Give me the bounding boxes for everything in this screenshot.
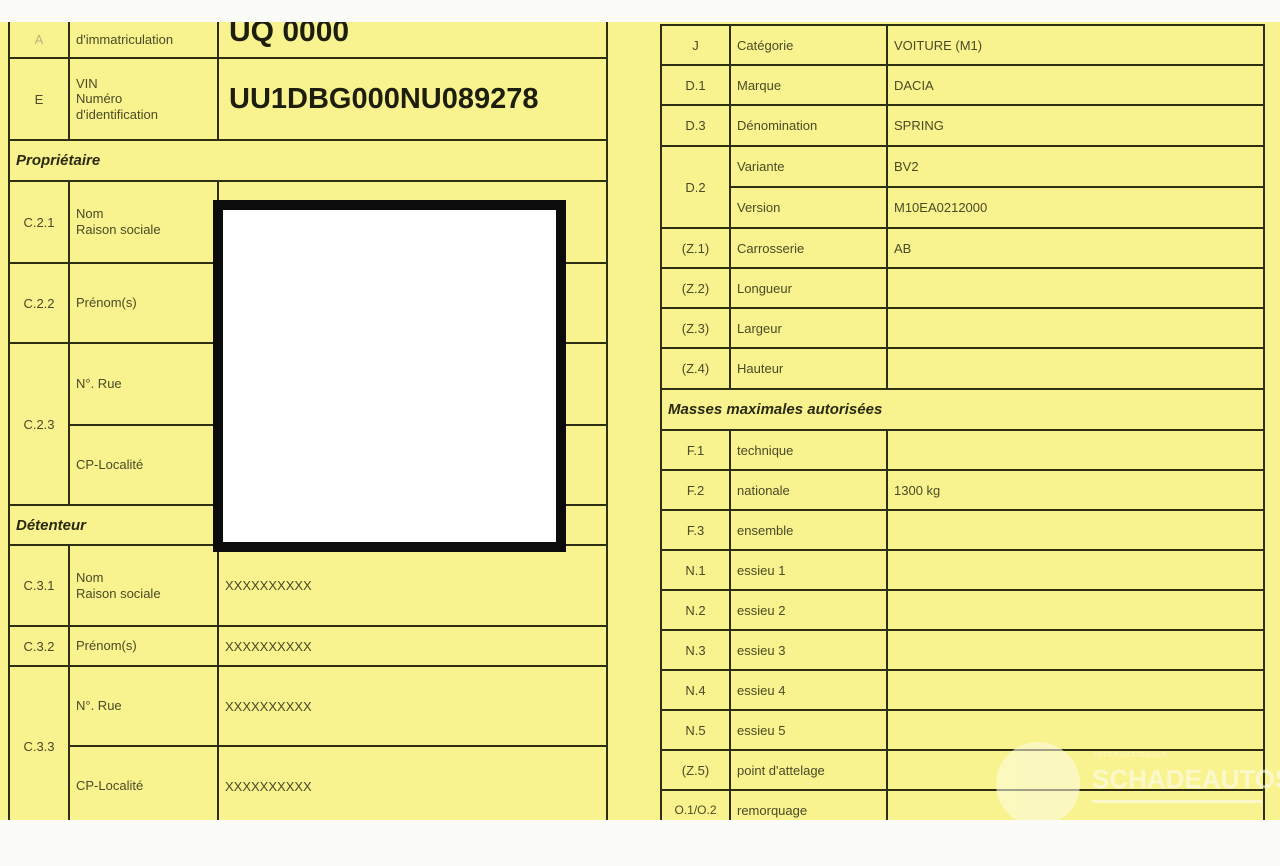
field-code: C.2.1: [9, 181, 69, 263]
field-label: essieu 2: [730, 590, 887, 630]
label-line: Nom: [76, 570, 211, 586]
field-code: D.3: [661, 105, 730, 146]
field-label: essieu 3: [730, 630, 887, 670]
field-value: XXXXXXXXXX: [218, 545, 607, 626]
field-value: [887, 630, 1264, 670]
section-header-masses: Masses maximales autorisées: [661, 389, 1264, 430]
field-label: d'immatriculation: [69, 22, 218, 58]
holder-row-c32: C.3.2 Prénom(s) XXXXXXXXXX: [9, 626, 607, 666]
field-code: J: [661, 25, 730, 65]
mass-row: N.2 essieu 2: [661, 590, 1264, 630]
field-value: DACIA: [887, 65, 1264, 105]
field-label: Nom Raison sociale: [69, 545, 218, 626]
holder-row-c33-city: CP-Localité XXXXXXXXXX: [9, 746, 607, 826]
field-code: N.2: [661, 590, 730, 630]
field-label: Version: [730, 187, 887, 228]
field-label: N°. Rue: [69, 666, 218, 746]
field-code: D.1: [661, 65, 730, 105]
vehicle-row: J Catégorie VOITURE (M1): [661, 25, 1264, 65]
mass-row: N.3 essieu 3: [661, 630, 1264, 670]
registration-value: UQ 0000: [229, 22, 349, 48]
field-value: VOITURE (M1): [887, 25, 1264, 65]
field-label: CP-Localité: [69, 425, 218, 505]
field-value: XXXXXXXXXX: [218, 666, 607, 746]
field-code: C.2.3: [9, 343, 69, 505]
label-line: d'identification: [76, 107, 211, 123]
field-code: F.2: [661, 470, 730, 510]
field-value: SPRING: [887, 105, 1264, 146]
mass-row: F.2 nationale 1300 kg: [661, 470, 1264, 510]
dimension-row: (Z.4) Hauteur: [661, 348, 1264, 389]
field-label: Hauteur: [730, 348, 887, 389]
field-label: essieu 1: [730, 550, 887, 590]
field-label: Catégorie: [730, 25, 887, 65]
field-value: 1300 kg: [887, 470, 1264, 510]
registration-document: A d'immatriculation UQ 0000 E VIN Numéro…: [0, 22, 1280, 820]
field-label: point d'attelage: [730, 750, 887, 790]
field-value: [887, 348, 1264, 389]
field-value: XXXXXXXXXX: [218, 746, 607, 826]
section-header-owner: Propriétaire: [9, 140, 607, 181]
field-label: essieu 5: [730, 710, 887, 750]
holder-row-c33-street: C.3.3 N°. Rue XXXXXXXXXX: [9, 666, 607, 746]
field-value: [887, 308, 1264, 348]
field-label: N°. Rue: [69, 343, 218, 425]
field-code: E: [9, 58, 69, 140]
variant-row: D.2 Variante BV2: [661, 146, 1264, 187]
field-value: [887, 550, 1264, 590]
holder-row-c31: C.3.1 Nom Raison sociale XXXXXXXXXX: [9, 545, 607, 626]
field-value: [887, 268, 1264, 308]
section-title: Masses maximales autorisées: [661, 389, 1264, 430]
redaction-box: [213, 200, 566, 552]
field-label: Nom Raison sociale: [69, 181, 218, 263]
version-row: Version M10EA0212000: [661, 187, 1264, 228]
field-label: VIN Numéro d'identification: [69, 58, 218, 140]
field-code: F.3: [661, 510, 730, 550]
field-code: (Z.4): [661, 348, 730, 389]
field-label: technique: [730, 430, 887, 470]
field-value: AB: [887, 228, 1264, 268]
section-title: Propriétaire: [9, 140, 607, 181]
field-label: Marque: [730, 65, 887, 105]
field-label: Prénom(s): [69, 626, 218, 666]
vin-row: E VIN Numéro d'identification UU1DBG000N…: [9, 58, 607, 140]
page-margin-bottom: [0, 820, 1280, 866]
field-code: N.5: [661, 710, 730, 750]
dimension-row: (Z.2) Longueur: [661, 268, 1264, 308]
mass-row: F.1 technique: [661, 430, 1264, 470]
field-value: M10EA0212000: [887, 187, 1264, 228]
field-value: [887, 670, 1264, 710]
field-code: C.3.3: [9, 666, 69, 826]
field-label: CP-Localité: [69, 746, 218, 826]
field-label: Longueur: [730, 268, 887, 308]
field-label: essieu 4: [730, 670, 887, 710]
label-line: VIN: [76, 76, 211, 92]
label-line: Raison sociale: [76, 222, 211, 238]
dimension-row: (Z.3) Largeur: [661, 308, 1264, 348]
field-label: Prénom(s): [69, 263, 218, 343]
field-code: A: [9, 22, 69, 58]
field-label: nationale: [730, 470, 887, 510]
label-line: Numéro: [76, 91, 211, 107]
field-value: BV2: [887, 146, 1264, 187]
label-line: Nom: [76, 206, 211, 222]
vin-value: UU1DBG000NU089278: [218, 58, 607, 140]
field-code: (Z.1): [661, 228, 730, 268]
field-code: C.3.1: [9, 545, 69, 626]
vehicle-table: J Catégorie VOITURE (M1) D.1 Marque DACI…: [660, 24, 1265, 831]
field-value: [887, 430, 1264, 470]
field-code: N.3: [661, 630, 730, 670]
field-label: ensemble: [730, 510, 887, 550]
mass-row: F.3 ensemble: [661, 510, 1264, 550]
field-label: Dénomination: [730, 105, 887, 146]
field-value: [887, 710, 1264, 750]
field-value: [887, 590, 1264, 630]
field-code: F.1: [661, 430, 730, 470]
field-code: N.1: [661, 550, 730, 590]
dimension-row: (Z.1) Carrosserie AB: [661, 228, 1264, 268]
mass-row: (Z.5) point d'attelage: [661, 750, 1264, 790]
mass-row: N.1 essieu 1: [661, 550, 1264, 590]
field-code: N.4: [661, 670, 730, 710]
field-code: C.3.2: [9, 626, 69, 666]
label-line: Raison sociale: [76, 586, 211, 602]
vehicle-row: D.1 Marque DACIA: [661, 65, 1264, 105]
field-value: [887, 510, 1264, 550]
field-label: Variante: [730, 146, 887, 187]
field-code: (Z.3): [661, 308, 730, 348]
registration-number: UQ 0000: [218, 22, 607, 58]
field-code: (Z.5): [661, 750, 730, 790]
field-value: XXXXXXXXXX: [218, 626, 607, 666]
field-code: D.2: [661, 146, 730, 228]
field-value: [887, 750, 1264, 790]
field-code: (Z.2): [661, 268, 730, 308]
vehicle-row: D.3 Dénomination SPRING: [661, 105, 1264, 146]
field-label: Largeur: [730, 308, 887, 348]
mass-row: N.4 essieu 4: [661, 670, 1264, 710]
registration-row: A d'immatriculation UQ 0000: [9, 22, 607, 58]
field-label: Carrosserie: [730, 228, 887, 268]
mass-row: N.5 essieu 5: [661, 710, 1264, 750]
field-code: C.2.2: [9, 263, 69, 343]
